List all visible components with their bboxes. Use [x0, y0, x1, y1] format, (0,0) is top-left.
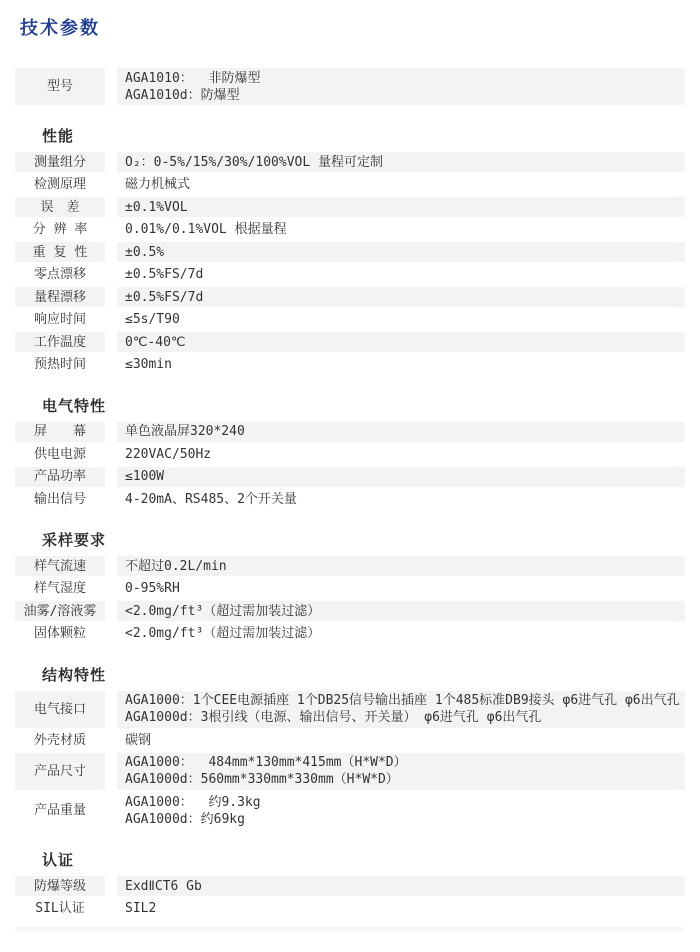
- row-value-line: ≤100W: [125, 468, 681, 485]
- row-value: 4-20mA、RS485、2个开关量: [117, 489, 685, 509]
- row-value-line: 不超过0.2L/min: [125, 558, 681, 575]
- row-label: 供电电源: [15, 444, 105, 464]
- row-value-line: ±0.5%FS/7d: [125, 289, 681, 306]
- table-row: 型号AGA1010： 非防爆型AGA1010d：防爆型: [15, 68, 685, 105]
- row-value-line: ±0.5%: [125, 244, 681, 261]
- row-label: 样气湿度: [15, 579, 105, 599]
- row-label: 型号: [15, 68, 105, 105]
- column-divider: [105, 753, 117, 790]
- row-value: 碳钢: [117, 730, 685, 750]
- table-row: 测量组分O₂：0-5%/15%/30%/100%VOL 量程可定制: [15, 152, 685, 172]
- row-value: SIL2: [117, 899, 685, 919]
- column-divider: [105, 730, 117, 750]
- table-row: 工作温度0℃-40℃: [15, 332, 685, 352]
- row-label: 电气接口: [15, 691, 105, 728]
- table-row: 屏 幕单色液晶屏320*240: [15, 422, 685, 442]
- section-title: 采样要求: [42, 531, 685, 550]
- column-divider: [105, 601, 117, 621]
- column-divider: [105, 422, 117, 442]
- row-value-line: AGA1000： 约9.3kg: [125, 794, 681, 811]
- row-value-line: AGA1000d：约69kg: [125, 811, 681, 828]
- table-row: 重 复 性±0.5%: [15, 242, 685, 262]
- section-title: 认证: [42, 851, 685, 870]
- column-divider: [105, 691, 117, 728]
- row-value-line: SIL2: [125, 900, 681, 917]
- column-divider: [105, 899, 117, 919]
- row-label: 产品重量: [15, 792, 105, 829]
- row-label: 屏 幕: [15, 422, 105, 442]
- row-value-line: AGA1000： 484mm*130mm*415mm（H*W*D）: [125, 754, 681, 771]
- row-value: AGA1010： 非防爆型AGA1010d：防爆型: [117, 68, 685, 105]
- table-row: 量程漂移±0.5%FS/7d: [15, 287, 685, 307]
- row-label: 油雾/溶液雾: [15, 601, 105, 621]
- table-row: 响应时间≤5s/T90: [15, 310, 685, 330]
- column-divider: [105, 220, 117, 240]
- row-value-line: 4-20mA、RS485、2个开关量: [125, 491, 681, 508]
- row-value-line: <2.0mg/ft³（超过需加装过滤）: [125, 603, 681, 620]
- row-value-line: ≤30min: [125, 356, 681, 373]
- column-divider: [105, 332, 117, 352]
- row-value: 0.01%/0.1%VOL 根据量程: [117, 220, 685, 240]
- row-value-line: 碳钢: [125, 732, 681, 749]
- table-row: 外壳材质碳钢: [15, 730, 685, 750]
- row-label: 零点漂移: [15, 265, 105, 285]
- table-row: 预热时间≤30min: [15, 355, 685, 375]
- row-label: 防爆等级: [15, 876, 105, 896]
- column-divider: [105, 242, 117, 262]
- row-value: AGA1000：1个CEE电源插座 1个DB25信号输出插座 1个485标准DB…: [117, 691, 685, 728]
- row-label: 重 复 性: [15, 242, 105, 262]
- section-title: 结构特性: [42, 666, 685, 685]
- section-title: 电气特性: [42, 397, 685, 416]
- table-row: 分 辨 率0.01%/0.1%VOL 根据量程: [15, 220, 685, 240]
- column-divider: [105, 876, 117, 896]
- row-value: 单色液晶屏320*240: [117, 422, 685, 442]
- row-value-line: O₂：0-5%/15%/30%/100%VOL 量程可定制: [125, 154, 681, 171]
- table-row: 电气接口AGA1000：1个CEE电源插座 1个DB25信号输出插座 1个485…: [15, 691, 685, 728]
- column-divider: [105, 287, 117, 307]
- row-value-line: AGA1000d：3根引线（电源、输出信号、开关量） φ6进气孔 φ6出气孔: [125, 709, 681, 726]
- column-divider: [105, 175, 117, 195]
- row-value-line: AGA1000d：560mm*330mm*330mm（H*W*D）: [125, 771, 681, 788]
- row-label: 响应时间: [15, 310, 105, 330]
- row-label: 预热时间: [15, 355, 105, 375]
- partial-next-row-stripe: [15, 927, 685, 931]
- table-row: 检测原理磁力机械式: [15, 175, 685, 195]
- column-divider: [105, 624, 117, 644]
- row-value-line: 磁力机械式: [125, 176, 681, 193]
- row-value: ±0.5%FS/7d: [117, 287, 685, 307]
- column-divider: [105, 467, 117, 487]
- table-row: 产品尺寸AGA1000： 484mm*130mm*415mm（H*W*D）AGA…: [15, 753, 685, 790]
- row-label: 工作温度: [15, 332, 105, 352]
- row-value: 0-95%RH: [117, 579, 685, 599]
- table-row: 误 差±0.1%VOL: [15, 197, 685, 217]
- table-row: 固体颗粒<2.0mg/ft³（超过需加装过滤）: [15, 624, 685, 644]
- row-value-line: 0℃-40℃: [125, 334, 681, 351]
- row-value: AGA1000： 约9.3kgAGA1000d：约69kg: [117, 792, 685, 829]
- row-value-line: ±0.1%VOL: [125, 199, 681, 216]
- row-value: ±0.5%: [117, 242, 685, 262]
- row-value: 不超过0.2L/min: [117, 556, 685, 576]
- column-divider: [105, 579, 117, 599]
- column-divider: [105, 197, 117, 217]
- row-value: ±0.1%VOL: [117, 197, 685, 217]
- table-row: 样气流速不超过0.2L/min: [15, 556, 685, 576]
- row-label: 误 差: [15, 197, 105, 217]
- row-label: SIL认证: [15, 899, 105, 919]
- row-value-line: <2.0mg/ft³（超过需加装过滤）: [125, 625, 681, 642]
- row-label: 量程漂移: [15, 287, 105, 307]
- page-title: 技术参数: [20, 18, 700, 40]
- column-divider: [105, 152, 117, 172]
- row-label: 样气流速: [15, 556, 105, 576]
- spec-table: 型号AGA1010： 非防爆型AGA1010d：防爆型性能测量组分O₂：0-5%…: [15, 68, 685, 919]
- row-label: 产品尺寸: [15, 753, 105, 790]
- table-row: 供电电源220VAC/50Hz: [15, 444, 685, 464]
- column-divider: [105, 355, 117, 375]
- column-divider: [105, 489, 117, 509]
- row-value-line: AGA1010： 非防爆型: [125, 70, 681, 87]
- row-value-line: AGA1010d：防爆型: [125, 87, 681, 104]
- row-value-line: 单色液晶屏320*240: [125, 423, 681, 440]
- table-row: 产品功率≤100W: [15, 467, 685, 487]
- row-label: 检测原理: [15, 175, 105, 195]
- column-divider: [105, 265, 117, 285]
- table-row: 零点漂移±0.5%FS/7d: [15, 265, 685, 285]
- row-value-line: 220VAC/50Hz: [125, 446, 681, 463]
- row-value: 磁力机械式: [117, 175, 685, 195]
- row-value: ≤30min: [117, 355, 685, 375]
- row-label: 产品功率: [15, 467, 105, 487]
- row-value: ExdⅡCT6 Gb: [117, 876, 685, 896]
- row-value-line: ≤5s/T90: [125, 311, 681, 328]
- row-value: O₂：0-5%/15%/30%/100%VOL 量程可定制: [117, 152, 685, 172]
- row-value: ±0.5%FS/7d: [117, 265, 685, 285]
- table-row: 油雾/溶液雾<2.0mg/ft³（超过需加装过滤）: [15, 601, 685, 621]
- table-row: 样气湿度0-95%RH: [15, 579, 685, 599]
- row-label: 测量组分: [15, 152, 105, 172]
- row-value: ≤5s/T90: [117, 310, 685, 330]
- column-divider: [105, 792, 117, 829]
- section-title: 性能: [42, 127, 685, 146]
- row-value: 0℃-40℃: [117, 332, 685, 352]
- table-row: 防爆等级ExdⅡCT6 Gb: [15, 876, 685, 896]
- table-row: 产品重量AGA1000： 约9.3kgAGA1000d：约69kg: [15, 792, 685, 829]
- row-label: 外壳材质: [15, 730, 105, 750]
- row-value-line: AGA1000：1个CEE电源插座 1个DB25信号输出插座 1个485标准DB…: [125, 692, 681, 709]
- row-value: 220VAC/50Hz: [117, 444, 685, 464]
- row-value-line: 0.01%/0.1%VOL 根据量程: [125, 221, 681, 238]
- row-label: 输出信号: [15, 489, 105, 509]
- row-label: 固体颗粒: [15, 624, 105, 644]
- row-value: AGA1000： 484mm*130mm*415mm（H*W*D）AGA1000…: [117, 753, 685, 790]
- row-label: 分 辨 率: [15, 220, 105, 240]
- row-value: ≤100W: [117, 467, 685, 487]
- row-value-line: ±0.5%FS/7d: [125, 266, 681, 283]
- table-row: 输出信号4-20mA、RS485、2个开关量: [15, 489, 685, 509]
- row-value-line: ExdⅡCT6 Gb: [125, 878, 681, 895]
- row-value: <2.0mg/ft³（超过需加装过滤）: [117, 624, 685, 644]
- table-row: SIL认证SIL2: [15, 899, 685, 919]
- spec-sheet-page: 技术参数 型号AGA1010： 非防爆型AGA1010d：防爆型性能测量组分O₂…: [0, 18, 700, 931]
- column-divider: [105, 68, 117, 105]
- column-divider: [105, 310, 117, 330]
- row-value: <2.0mg/ft³（超过需加装过滤）: [117, 601, 685, 621]
- column-divider: [105, 556, 117, 576]
- column-divider: [105, 444, 117, 464]
- row-value-line: 0-95%RH: [125, 580, 681, 597]
